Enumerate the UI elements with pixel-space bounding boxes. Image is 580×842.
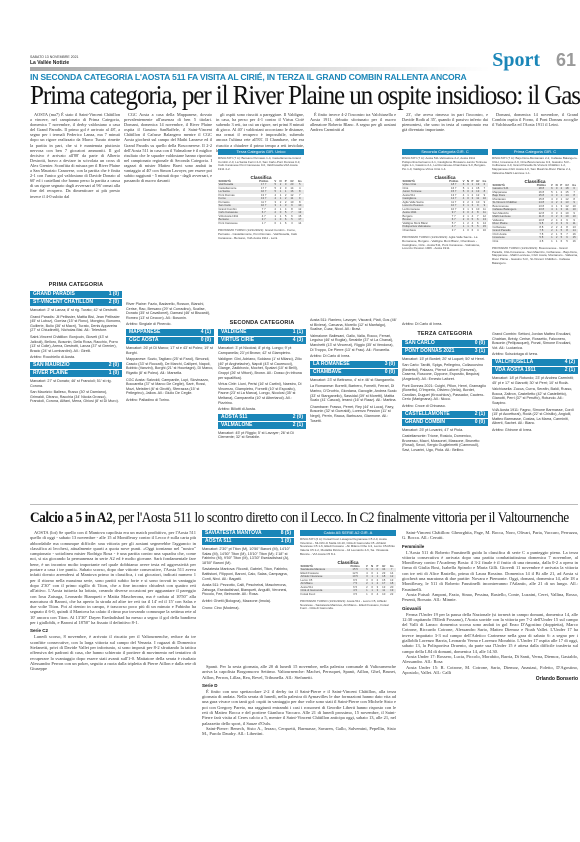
team-name: MAPPANESE <box>129 329 160 336</box>
table-cell: Chambave <box>402 229 446 233</box>
table-row: Ciriè4 8116516 <box>492 240 578 244</box>
referee: Arbitro: Croce di Chivasso. <box>402 404 488 409</box>
issue-date: SABATO 13 NOVEMBRE 2021 <box>30 55 79 59</box>
article-text: AOSTA (ma7) È stato il Saint-Vincent Châ… <box>30 112 120 199</box>
team-name: VALMALONE <box>221 422 252 429</box>
score-row-home: LA ROMANESE3 (0) <box>310 361 398 368</box>
article-text: È finito invece 4-2 l'incontro tra Valch… <box>310 112 396 132</box>
score-row-home: SAN CARLO0 (0) <box>402 340 488 347</box>
away-lineup: Chambave: Frasso, Perret, Rey (44' st Lu… <box>310 405 398 423</box>
scorers: Marcatori: 2'30" pt Titon (M), 10'50" Ba… <box>202 547 294 565</box>
away-lineup: CGC Aosta: Salvoldi, Campanile, Lupi, Sl… <box>126 378 214 396</box>
category-title: SECONDA CATEGORIA <box>218 320 306 326</box>
team-score: 1 (1) <box>293 329 303 336</box>
team-score: 1 (0) <box>281 538 291 545</box>
home-lineup: Aosta 511: Raniero, Lavoyer, Viscardi, P… <box>310 318 398 332</box>
article-column-5: 23', che aveva rimesso in pari l'incontr… <box>402 112 488 132</box>
next-round: PROSSIMO TURNO (14/11/2021): Agliè Valle… <box>402 236 488 251</box>
article2-column-1: AOSTA (lot) Se quello con il Mantova cap… <box>30 530 196 842</box>
scorers: Marcatori: 27' st Donato; 46' st Francio… <box>30 379 122 388</box>
referees: Arbitri: Ghetti (Bologna), Mazzone (Imol… <box>202 599 294 604</box>
article-text: È finito con uno spettacolare 2-2 il der… <box>202 689 396 726</box>
home-lineup: Valdigne: Gini, Adriano, Soldano (1' st … <box>218 357 306 380</box>
results-text: RISULTATI (6 A): Futsal Fuori Lavagna Pe… <box>300 538 396 557</box>
scorers: Marcatori: 23' st Beltramo, 4' st e 46' … <box>310 378 398 383</box>
results-text: RISULTATI (7 A): Aosta 511-Valmalone 2-2… <box>402 157 488 172</box>
away-lineup: Pont Donnas 2021: Cuighi, Pillon, Henri,… <box>402 384 488 402</box>
team-score: 4 (2) <box>565 359 575 366</box>
section-divider <box>30 504 578 505</box>
standings-header: Calcio A5 SERIE A2 GIR. A <box>300 530 396 536</box>
subheading: Serie D <box>202 683 396 688</box>
referee: Arbitro: Di Carlo di Ivrea. <box>402 322 488 327</box>
referee: Arbitro: Biliotti di Aosta. <box>218 407 306 412</box>
away-lineup: Saint-Vincent Châtillon: Bonjouin, Giove… <box>30 335 122 353</box>
referee: Arbitro: Ghirone di Ivrea. <box>492 428 578 433</box>
table-cell: 1 7 <box>255 222 273 226</box>
article-text: CGC Aosta a casa della Mappanese, dovuto… <box>124 112 212 183</box>
team-name: LA ROMANESE <box>313 361 350 368</box>
away-lineup: River Plaine: Fazio, Badarello, Rosson, … <box>126 302 214 320</box>
subheading: Serie C2 <box>30 628 196 633</box>
score-row-away: CGC AOSTA0 (0) <box>126 337 214 344</box>
author-signature: Orlando Bonserio <box>402 676 578 682</box>
scorers: Marcatori: 2' st Lanza; 8' st rig. Turat… <box>30 308 122 313</box>
team-name: AOSTA 511 <box>221 414 247 421</box>
score-row-away: VALMALONE2 (1) <box>218 422 306 429</box>
headline-rest: , per l'Aosta 511 lo scontro diretto con… <box>112 510 568 526</box>
score-row-away: GRAND COMBIN0 (0) <box>402 419 488 426</box>
next-round: PROSSIMO TURNO (13/11/2021): Aosta 511 -… <box>300 600 396 611</box>
home-lineup: Grand Paradis: Jil Pellissier, Mattia Bi… <box>30 315 122 333</box>
masthead-rule <box>30 67 490 71</box>
scorers: Marcatori: 45' pt Riggio; 5' st Lavoyer;… <box>218 431 306 440</box>
next-round: PROSSIMO TURNO (14/11/2021): Bosconerese… <box>492 247 578 266</box>
headline: Prima categoria, per il River Plaine un … <box>30 80 540 111</box>
referee: Arbitro: Di Carlo di Ivrea. <box>310 354 398 359</box>
article2-headline: Calcio a 5 in A2, per l'Aosta 511 lo sco… <box>30 510 534 527</box>
score-row-away: CHAMBAVE0 (0) <box>310 369 398 376</box>
article2-column-2: Spanò. Per la sesta giornata, alle 20 di… <box>202 664 396 842</box>
team-score: 2 (0) <box>109 299 119 306</box>
table-cell: Ciriè <box>492 240 533 244</box>
article-text: Ferma l'Under 19 per la pausa della Nazi… <box>402 612 578 654</box>
headline-bold: Calcio a 5 in A2 <box>30 510 112 526</box>
scorers: Marcatori: 3' pt Nicolosi; 8' pt rig. Lo… <box>218 346 306 355</box>
team-name: VDA AOSTA 1911 <box>495 367 536 374</box>
table-cell: 16 <box>570 240 578 244</box>
paper-name: La Vallée Notizie <box>30 60 69 66</box>
team-score: 2 (1) <box>293 422 303 429</box>
table-cell: 3 7 <box>446 229 461 233</box>
subheading: Giovanili <box>402 606 578 611</box>
prima-reports-col1: PRIMA CATEGORIA GRAND PARADIS1 (0) ST-VI… <box>30 278 122 500</box>
article-column-1: AOSTA (ma7) È stato il Saint-Vincent Châ… <box>30 112 120 199</box>
section-title: Sport <box>492 49 540 72</box>
article-column-4: È finito invece 4-2 l'incontro tra Valch… <box>310 112 396 132</box>
standings-terza: Terza Categoria GIR. Unico RISULTATI (7 … <box>218 146 304 240</box>
article-text: Lunedì scorso, 8 novembre, è arrivato il… <box>30 634 196 671</box>
table-cell: 10 <box>380 593 387 597</box>
team-score: 2 (1) <box>475 411 485 418</box>
team-score: 2 (0) <box>109 362 119 369</box>
away-lineup: VdA Aosta 1911: Fagno, Simone Barmasse, … <box>492 408 578 426</box>
article2-column-3: Saint-Vincent Châtillon: Gheorghita, Pag… <box>402 530 578 842</box>
team-name: VALDIGNE <box>221 329 246 336</box>
score-row-home: GRAND PARADIS1 (0) <box>30 291 122 298</box>
table-cell: 14 <box>296 222 304 226</box>
table-row: Chambave3 7106416 <box>402 229 488 233</box>
score-row-away: VDA AOSTA 19112 (1) <box>492 367 578 374</box>
score-row-home: VALDIGNE1 (1) <box>218 329 306 336</box>
seconda-reports-col1: SECONDA CATEGORIA VALDIGNE1 (1) VIRTUS C… <box>218 316 306 500</box>
results-text: RISULTATI (7 A): Bajo Dora-Montanaro 2-2… <box>492 157 578 176</box>
team-score: 4 (3) <box>293 337 303 344</box>
terza-reports-col2: Grand Combin: Settoni, Jordan Matteo Erc… <box>492 330 578 500</box>
table-row: Pont Canavese1 7016314 <box>218 222 304 226</box>
scorers: Marcatori: 18' pt Rotundo; 23' pt Andrea… <box>492 376 578 385</box>
team-name: AOSTA 511 <box>205 538 231 545</box>
standings-table: SOCIETÀ PntGio V N P Gf Gs Virtus Ciriè1… <box>402 180 488 233</box>
standings-table: SOCIETÀ PntGio V N P Gf Gs Saviatesta Ma… <box>300 565 396 597</box>
home-lineup: San Carlo: Tarditi, Spiga, Pellegrino, C… <box>402 363 488 381</box>
standings-futsal: Calcio A5 SERIE A2 GIR. A RISULTATI (6 A… <box>300 530 396 660</box>
score-row-away: RIVER PLAINE1 (0) <box>30 370 122 377</box>
away-lineup: Grand Combin: Settoni, Jordan Matteo Erc… <box>492 332 578 350</box>
team-score: 2 (1) <box>565 367 575 374</box>
team-name: CGC AOSTA <box>129 337 158 344</box>
team-score: 2 (0) <box>293 414 303 421</box>
table-cell: 4 8 <box>533 240 549 244</box>
results-text: RISULTATI (7 A): Bersano Pernasio 1-4, C… <box>218 157 304 172</box>
team-score: 1 (0) <box>109 370 119 377</box>
team-name: GRAND COMBIN <box>405 419 445 426</box>
standings-header: Terza Categoria GIR. Unico <box>218 149 304 155</box>
away-lineup: Valmalone: Ballesani, Gallo, Valla, Rocc… <box>310 334 398 352</box>
score-row-away: AOSTA 5111 (0) <box>202 538 294 545</box>
referee: Arbitro: Palladino di Torino. <box>126 398 214 403</box>
page-number: 61 <box>556 50 576 71</box>
category-title: PRIMA CATEGORIA <box>30 282 122 288</box>
away-lineup: Aosta 511: Pezzotto, Calli, Pescheiral, … <box>202 583 294 597</box>
team-score: 4 (1) <box>201 329 211 336</box>
home-lineup: Valchiusella: Zucca, Curra, Serafin, Bal… <box>492 387 578 405</box>
team-score: 0 (0) <box>475 419 485 426</box>
score-row-home: CASTELLAMONTE2 (1) <box>402 411 488 418</box>
team-name: VIRTUS CIRIÈ <box>221 337 254 344</box>
team-score: 1 (0) <box>109 291 119 298</box>
team-name: SAN MAURIZIO <box>33 362 70 369</box>
standings-seconda: Seconda Categoria GIR. C RISULTATI (7 A)… <box>402 146 488 251</box>
score-row-away: PONT DONNAS 20213 (1) <box>402 348 488 355</box>
scorers: Marcatori: 25' pt Lovarini, 47' st Piola… <box>402 428 488 433</box>
team-score: 3 (1) <box>475 348 485 355</box>
referee: Arbitro: Rocchiello di Aosta. <box>30 355 122 360</box>
prima-reports-col2: River Plaine: Fazio, Badarello, Rosson, … <box>126 300 214 500</box>
seconda-reports-col2: Aosta 511: Raniero, Lavoyer, Viscardi, P… <box>310 316 398 500</box>
article-text: Spanò. Per la sesta giornata, alle 20 di… <box>202 664 396 680</box>
team-name: VALCHIUSELLA <box>495 359 533 366</box>
table-cell: 3 5 <box>346 593 364 597</box>
team-score: 0 (0) <box>475 340 485 347</box>
lineup-text: Aosta Under 15: R. Cotrone, M. Cotrone, … <box>402 665 578 676</box>
team-name: RIVER PLAINE <box>33 370 68 377</box>
subheading: Femminile <box>402 544 578 549</box>
home-lineup: Castellamonte: Trione, Rosicio, Domenico… <box>402 434 488 452</box>
article-text: 23', che aveva rimesso in pari l'incontr… <box>402 112 488 132</box>
next-round: PROSSIMO TURNO (14/11/2021): Grand Combi… <box>218 229 304 240</box>
team-score: 0 (0) <box>201 337 211 344</box>
score-row-home: AOSTA 5112 (0) <box>218 414 306 421</box>
standings-header: Seconda Categoria GIR. C <box>402 149 488 155</box>
table-cell: Pont Canavese <box>218 222 255 226</box>
scorers: Marcatori: 15' pt Bordet; 20' st Luquet;… <box>402 357 488 362</box>
home-lineup: San Maurizio: Balleso, Russo (30' st Dam… <box>30 390 122 404</box>
lineup-text: Saint-Vincent Châtillon: Gheorghita, Pag… <box>402 530 578 541</box>
newspaper-page: SABATO 13 NOVEMBRE 2021 La Vallée Notizi… <box>30 0 578 842</box>
table-cell: 16 <box>481 229 488 233</box>
referee: Arbitro: Scisciotuga di Ivrea. <box>492 352 578 357</box>
team-score: 8 (5) <box>281 530 291 537</box>
standings-table: SOCIETÀ PntGio V N P Gf Gs Valchiusella1… <box>218 180 304 226</box>
article-text: AOSTA (lot) Se quello con il Mantova cap… <box>30 530 196 625</box>
team-name: PONT DONNAS 2021 <box>405 348 454 355</box>
score-row-home: SAN MAURIZIO2 (0) <box>30 362 122 369</box>
article-text: L'Aosta 511 di Roberto Faustinelli guida… <box>402 550 578 592</box>
referee: Arbitro: Singiale di Pinerolo. <box>126 322 214 327</box>
home-lineup: Mappanese: Sozio, Tagliaro (25' st Farol… <box>126 357 214 375</box>
futsal-match-box: SAVIATESTA MANTOVA8 (5) AOSTA 5111 (0) M… <box>202 530 294 660</box>
table-row: Futsal Fuori3 51041022 <box>300 593 396 597</box>
team-name: CHAMBAVE <box>313 369 342 376</box>
team-name: SAVIATESTA MANTOVA <box>205 530 262 537</box>
team-score: 0 (0) <box>385 369 395 376</box>
category-title: TERZA CATEGORIA <box>402 331 488 337</box>
table-cell: 22 <box>387 593 396 597</box>
terza-reports-col1: Arbitro: Di Carlo di Ivrea. TERZA CATEGO… <box>402 320 488 500</box>
team-name: SAN CARLO <box>405 340 435 347</box>
standings-header: Prima Categoria GIR. C <box>492 149 578 155</box>
article-text: Domani, domenica 14 novembre, il Grand C… <box>492 112 578 127</box>
score-row-away: VIRTUS CIRIÈ4 (3) <box>218 337 306 344</box>
team-name: ST-VINCENT CHÂTILLON <box>33 299 93 306</box>
article-column-6: Domani, domenica 14 novembre, il Grand C… <box>492 112 578 127</box>
timekeeper: Crono: Cino (Modena). <box>202 606 294 611</box>
article-column-2: CGC Aosta a casa della Mappanese, dovuto… <box>124 112 212 183</box>
lineup-text: Aosta Futsal: Amponi, Fazio, Sinao, Pess… <box>402 592 578 603</box>
score-row-away: ST-VINCENT CHÂTILLON2 (0) <box>30 299 122 306</box>
score-row-home: SAVIATESTA MANTOVA8 (5) <box>202 530 294 537</box>
team-score: 3 (0) <box>385 361 395 368</box>
standings-table: SOCIETÀ PntGio V N P Gf Gs Gassino S.R.1… <box>492 184 578 244</box>
home-lineup: La Romanese: Borrelli, Barbero, Fornelli… <box>310 384 398 402</box>
table-cell: Futsal Fuori <box>300 593 346 597</box>
lineup-text: Aosta Under 17: Rossero, Lucia, Piccolo,… <box>402 654 578 665</box>
table-cell: 3 <box>288 222 295 226</box>
standings-prima: Prima Categoria GIR. C RISULTATI (7 A): … <box>492 146 578 266</box>
score-row-home: VALCHIUSELLA4 (2) <box>492 359 578 366</box>
team-name: GRAND PARADIS <box>33 291 75 298</box>
lineup-text: Saint-Pierre: Benech, Sisto A., Ierazo, … <box>202 726 396 737</box>
table-cell: 5 <box>564 240 571 244</box>
masthead: SABATO 13 NOVEMBRE 2021 La Vallée Notizi… <box>30 55 578 71</box>
scorers: Marcatori: 26' pt Di Marco; 17' st e 43'… <box>126 346 214 355</box>
home-lineup: Saviatesta Mantova: Ricordi, Gabriel, Ti… <box>202 567 294 581</box>
away-lineup: Virtus Ciriè: Liuni, Perisi (16' st Cart… <box>218 382 306 405</box>
score-row-home: MAPPANESE4 (1) <box>126 329 214 336</box>
team-name: CASTELLAMONTE <box>405 411 450 418</box>
